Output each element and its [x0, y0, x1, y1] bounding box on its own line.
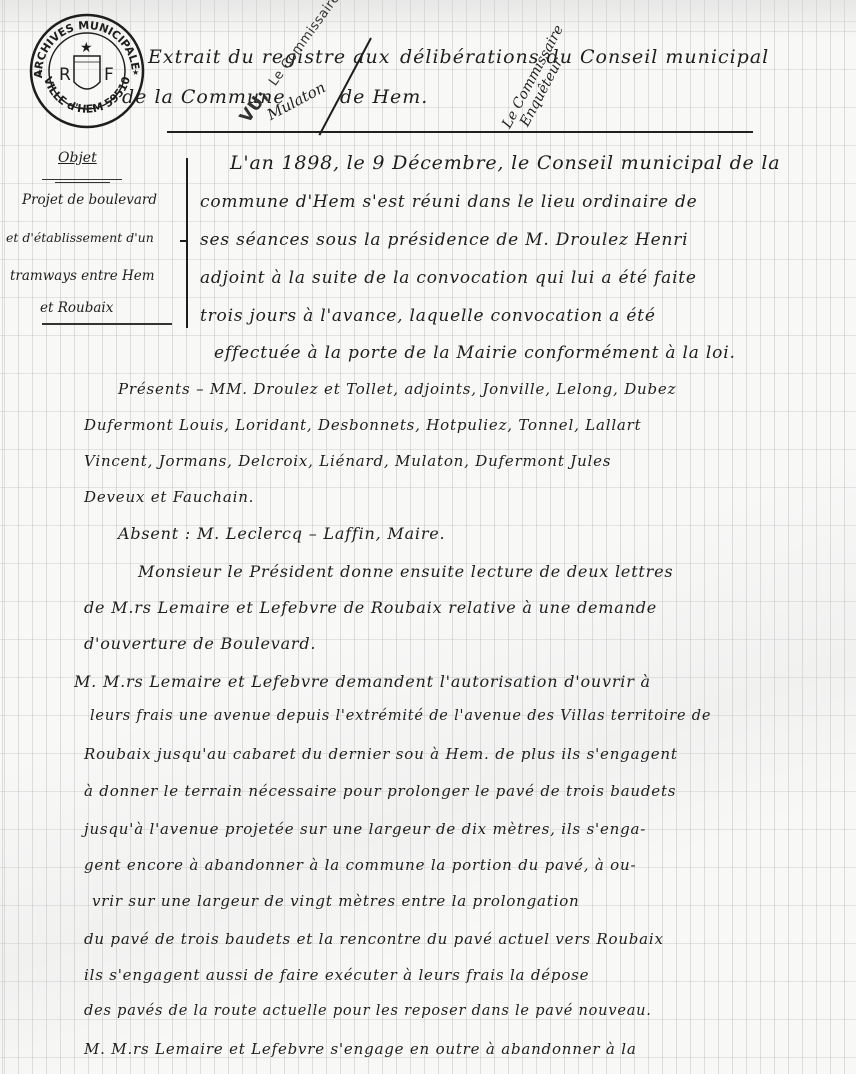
- body-line: Roubaix jusqu'au cabaret du dernier sou …: [84, 745, 678, 763]
- header-line-1a: Extrait du registre aux: [148, 46, 390, 68]
- body-line: Monsieur le Président donne ensuite lect…: [138, 562, 673, 581]
- margin-line: et d'établissement d'un: [6, 230, 154, 245]
- body-line: effectuée à la porte de la Mairie confor…: [214, 343, 736, 363]
- body-line: Présents – MM. Droulez et Tollet, adjoin…: [118, 380, 676, 398]
- margin-title-rule: [42, 179, 122, 180]
- body-line: leurs frais une avenue depuis l'extrémit…: [90, 708, 711, 724]
- body-line: trois jours à l'avance, laquelle convoca…: [200, 306, 656, 326]
- margin-line: et Roubaix: [40, 300, 113, 316]
- archives-stamp-icon: ARCHIVES MUNICIPALES VILLE d'HEM 59510 ★…: [28, 12, 146, 130]
- margin-bottom-rule: [42, 323, 172, 325]
- body-line: Absent : M. Leclercq – Laffin, Maire.: [118, 524, 445, 543]
- body-line: des pavés de la route actuelle pour les …: [84, 1003, 652, 1019]
- body-line: adjoint à la suite de la convocation qui…: [200, 268, 697, 288]
- body-line: jusqu'à l'avenue projetée sur une largeu…: [84, 820, 646, 838]
- svg-text:★: ★: [80, 40, 93, 56]
- svg-text:VILLE d'HEM 59510: VILLE d'HEM 59510: [41, 75, 133, 116]
- body-line: Dufermont Louis, Loridant, Desbonnets, H…: [84, 416, 641, 434]
- header-rule: [167, 131, 753, 133]
- body-line: de M.rs Lemaire et Lefebvre de Roubaix r…: [84, 598, 657, 617]
- body-line: Deveux et Fauchain.: [84, 488, 254, 506]
- body-line: gent encore à abandonner à la commune la…: [84, 856, 636, 874]
- body-line: vrir sur une largeur de vingt mètres ent…: [92, 892, 580, 910]
- svg-text:R: R: [59, 65, 71, 85]
- body-line: d'ouverture de Boulevard.: [84, 634, 316, 653]
- margin-line: tramways entre Hem: [10, 268, 155, 284]
- archives-stamp: ARCHIVES MUNICIPALES VILLE d'HEM 59510 ★…: [28, 12, 146, 130]
- svg-text:★: ★: [132, 68, 139, 77]
- body-line: M. M.rs Lemaire et Lefebvre s'engage en …: [84, 1040, 637, 1058]
- body-line: M. M.rs Lemaire et Lefebvre demandent l'…: [74, 672, 651, 691]
- body-line: commune d'Hem s'est réuni dans le lieu o…: [200, 192, 697, 212]
- margin-brace: [186, 158, 200, 328]
- body-line: ils s'engagent aussi de faire exécuter à…: [84, 966, 589, 984]
- body-line: Vincent, Jormans, Delcroix, Liénard, Mul…: [84, 452, 611, 470]
- body-line: du pavé de trois baudets et la rencontre…: [84, 930, 664, 948]
- header-line-1b: délibérations du Conseil municipal: [400, 46, 769, 68]
- svg-text:★: ★: [36, 68, 43, 77]
- header-line-2b: de Hem.: [340, 86, 428, 108]
- svg-text:F: F: [104, 65, 114, 85]
- margin-title-rule-2: [55, 182, 110, 183]
- body-line: L'an 1898, le 9 Décembre, le Conseil mun…: [230, 152, 780, 174]
- body-line: ses séances sous la présidence de M. Dro…: [200, 230, 688, 250]
- body-line: à donner le terrain nécessaire pour prol…: [84, 782, 676, 800]
- margin-title: Objet: [58, 150, 97, 166]
- margin-line: Projet de boulevard: [22, 192, 157, 208]
